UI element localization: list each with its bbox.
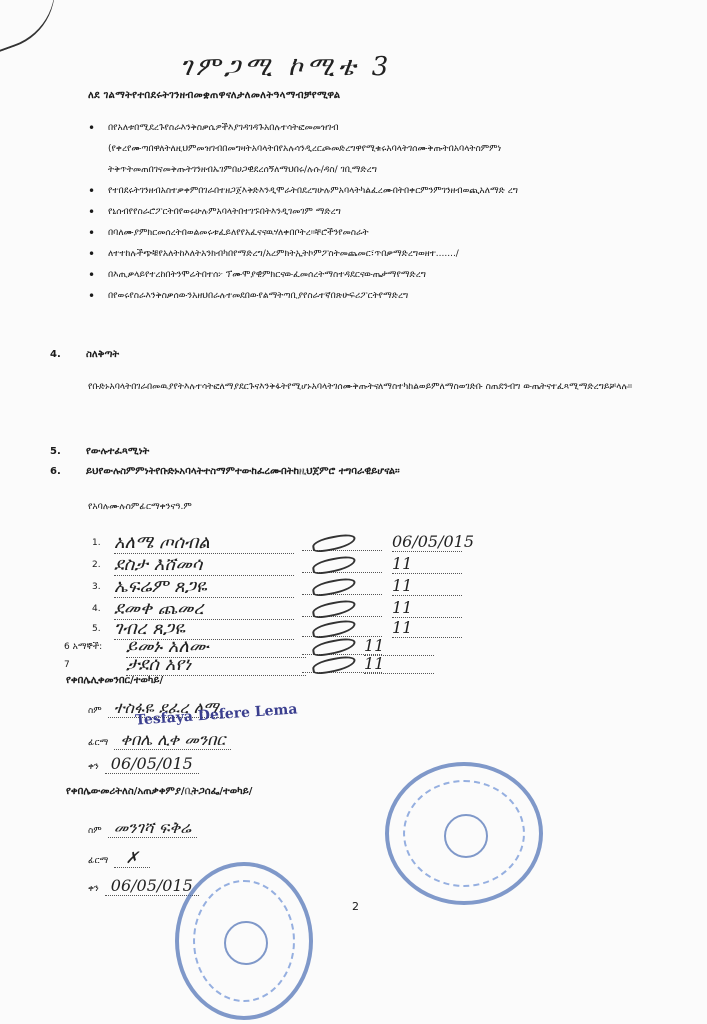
list-item: በየወሩየስራእንቅስቃሰውንአዘህበራሉተመደበውየልማትጣቢያየስራተኛበጽ…: [88, 286, 678, 307]
signatories-heading: የአባሉሙሉስምፊርማቀንናዓ.ም: [88, 502, 192, 512]
obligations-list: በየአለቱበሚደረጉየስራእንቅስቃሴዎችእያገዳገዳጉአበሉተሳትፎመመዝገብ…: [88, 118, 678, 307]
signature-mark: [302, 618, 382, 637]
official-seal-icon: [175, 862, 313, 1020]
signatory-row: 1. አለሜ ጦሰብል 06/05/015: [92, 532, 472, 554]
signatory-row: 7 ታደሰ አየነ 11: [64, 654, 444, 676]
list-item: በእጢቃላይየተረከበትንሞሬትበተሰ፦ ፕሙሞያዊምክርናውፈመሰረትማስተዳ…: [88, 265, 678, 286]
section-5-heading: 5.የውሉተፈጻሚነት: [50, 446, 149, 457]
signature-mark: [302, 532, 382, 551]
handwritten-title: ገምጋሚ ኮሚቴ 3: [180, 52, 392, 83]
corner-mark: [0, 0, 72, 53]
kebele-chair-label: የቀበሌሊቀመንበር/ተወካይ/: [66, 675, 163, 686]
office-rep-label: የቀበሌውመሪትለስ/አጠቃቀምያ/ቢትጋሰፌ/ተወካይ/: [66, 786, 252, 797]
list-item: የተበደሩትገንዘብአስተቃቀምበገራበተዘጋጀእቅድእንዲሞራትበደረግሁሉም…: [88, 181, 678, 202]
section-4-heading: 4.ስለቅጣት: [50, 349, 119, 360]
kebele-chair-date: ቀን06/05/015: [88, 754, 199, 773]
section-6-heading: 6.ይህየውሉስምምነትየቡድኑአባላትተስማምተውከፈረሙበትከዚህጀምሮ ተ…: [50, 466, 400, 477]
office-rep-signature: ፊርማ ✗: [88, 848, 150, 867]
penalty-paragraph: የቡድኑአባላትበገራበመዉያየትእሉተሳትፎለማያደርጉናእንቅፋትየሚሆኑአ…: [88, 376, 688, 398]
list-item: በየአለቱበሚደረጉየስራእንቅስቃሴዎችእያገዳገዳጉአበሉተሳትፎመመዝገብ…: [88, 118, 678, 181]
page-number: 2: [352, 900, 359, 913]
signatory-row: 2. ደስታ እሸመሳ 11: [92, 554, 472, 576]
signature-mark: [302, 598, 382, 617]
kebele-chair-signature: ፊርማቀበሌ ሊቀ መንበር: [88, 730, 231, 750]
document-page: ገምጋሚ ኮሚቴ 3 ለደ ገልማትየተበደሩትገንዘብመቋጠዋናለታለመለትዓ…: [0, 0, 707, 1024]
list-item: በባለሙያምክርመሰረትበወልመሩቱፈይለየየአፈናናዉሃለቀበቦትረ፡፡ቸሮች…: [88, 223, 678, 244]
signature-mark: [302, 554, 382, 573]
signature-mark: [302, 576, 382, 595]
subtitle: ለደ ገልማትየተበደሩትገንዘብመቋጠዋናለታለመለትዓላማብቻየሚዋል: [88, 90, 340, 101]
signatory-row: 3. ኤፍሬም ጸጋዬ 11: [92, 576, 472, 598]
signatory-row: 4. ደመቀ ጨመረ 11: [92, 598, 472, 620]
list-item: የኒሰብየየስራሮፖርትበየወሩሁሉምአባላትበተገኙበትእንዲገመገም ማድረ…: [88, 202, 678, 223]
list-item: ለተተከሉችጭቹየአለትከእለትአንክብካበየማድረግ/አረምክትኢትኮምፖስት…: [88, 244, 678, 265]
official-seal-icon: [385, 762, 543, 905]
office-rep-date: ቀን06/05/015: [88, 876, 199, 895]
office-rep-name: ስምመንገሻ ፍቅሬ: [88, 818, 197, 838]
